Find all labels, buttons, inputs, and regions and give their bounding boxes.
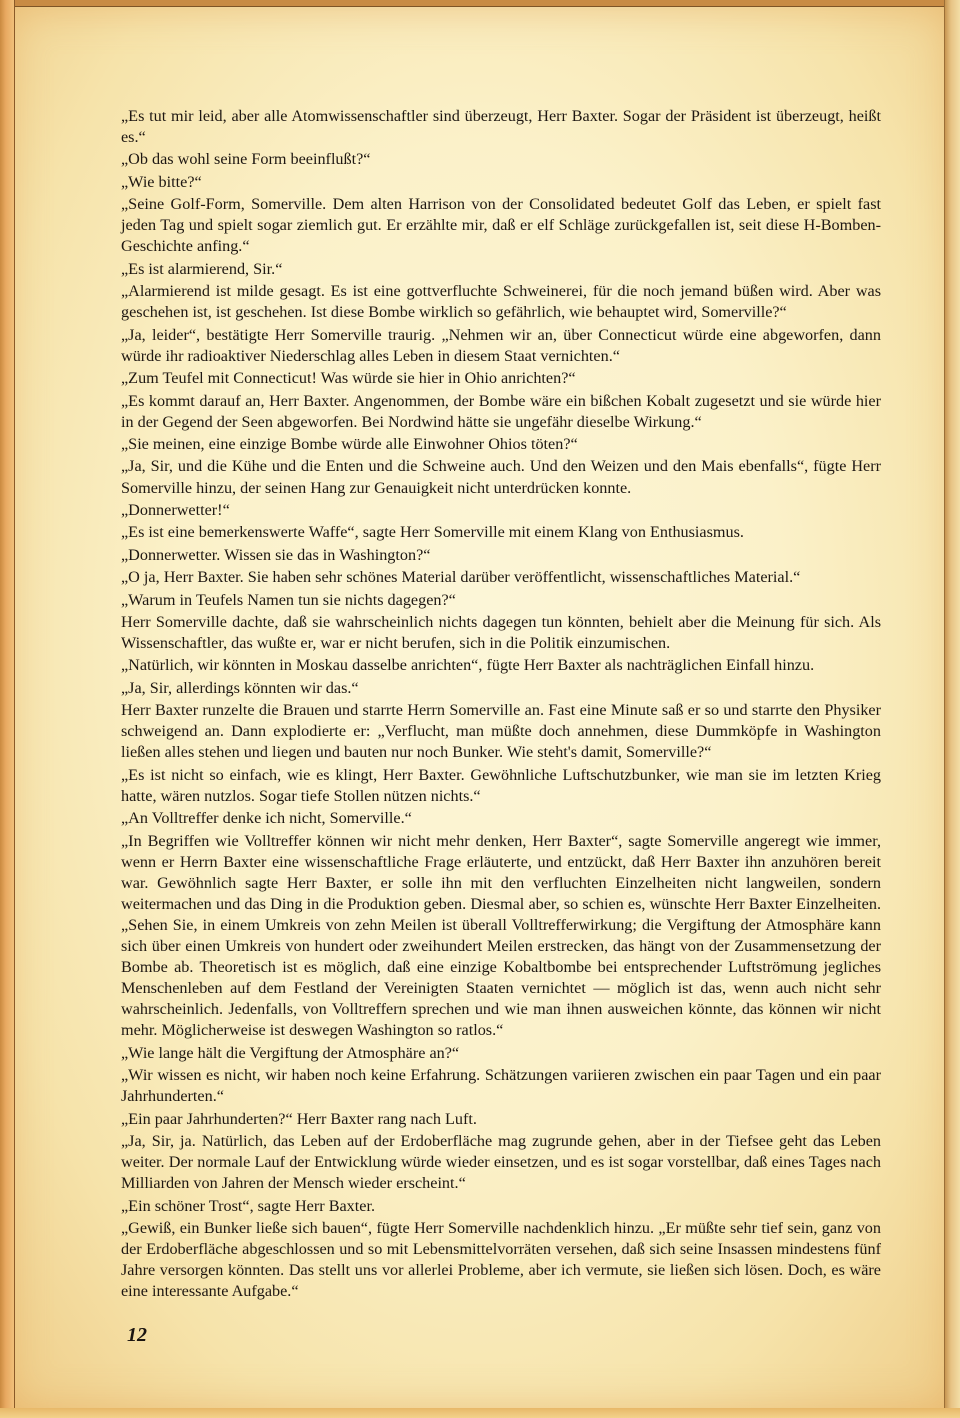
paragraph: „Zum Teufel mit Connecticut! Was würde s… — [121, 368, 881, 389]
paragraph: Herr Baxter runzelte die Brauen und star… — [121, 700, 881, 763]
paragraph: „Ein paar Jahrhunderten?“ Herr Baxter ra… — [121, 1109, 881, 1130]
page-number: 12 — [127, 1324, 147, 1347]
paragraph: „Es kommt darauf an, Herr Baxter. Angeno… — [121, 391, 881, 433]
paragraph: „Wie lange hält die Vergiftung der Atmos… — [121, 1043, 881, 1064]
paragraph: „Ein schöner Trost“, sagte Herr Baxter. — [121, 1196, 881, 1217]
paragraph: „Es ist eine bemerkenswerte Waffe“, sagt… — [121, 522, 881, 543]
paragraph: „Natürlich, wir könnten in Moskau dassel… — [121, 655, 881, 676]
paragraph: „Gewiß, ein Bunker ließe sich bauen“, fü… — [121, 1218, 881, 1302]
paragraph: „Ja, Sir, und die Kühe und die Enten und… — [121, 456, 881, 498]
paragraph: „Es ist alarmierend, Sir.“ — [121, 259, 881, 280]
paragraph: „O ja, Herr Baxter. Sie haben sehr schön… — [121, 567, 881, 588]
paragraph: „Ja, leider“, bestätigte Herr Somerville… — [121, 325, 881, 367]
paragraph: „Warum in Teufels Namen tun sie nichts d… — [121, 590, 881, 611]
paragraph: Herr Somerville dachte, daß sie wahrsche… — [121, 612, 881, 654]
paragraph: „Donnerwetter!“ — [121, 500, 881, 521]
paragraph: „An Volltreffer denke ich nicht, Somervi… — [121, 808, 881, 829]
page-bottom-edge — [0, 1408, 960, 1418]
paragraph: „Es tut mir leid, aber alle Atomwissensc… — [121, 106, 881, 148]
paragraph: „Wir wissen es nicht, wir haben noch kei… — [121, 1065, 881, 1107]
paragraph: „Ob das wohl seine Form beeinflußt?“ — [121, 149, 881, 170]
page-spine-edge — [944, 0, 960, 1418]
page-top-edge — [0, 0, 960, 7]
paragraph: „Sie meinen, eine einzige Bombe würde al… — [121, 434, 881, 455]
page-left-edge — [0, 0, 15, 1418]
paragraph: „Ja, Sir, ja. Natürlich, das Leben auf d… — [121, 1131, 881, 1194]
paragraph: „Es ist nicht so einfach, wie es klingt,… — [121, 765, 881, 807]
paragraph: „Seine Golf-Form, Somerville. Dem alten … — [121, 194, 881, 257]
paragraph: „Alarmierend ist milde gesagt. Es ist ei… — [121, 281, 881, 323]
paragraph: „Ja, Sir, allerdings könnten wir das.“ — [121, 678, 881, 699]
paragraph: „Donnerwetter. Wissen sie das in Washing… — [121, 545, 881, 566]
paragraph: „Wie bitte?“ — [121, 172, 881, 193]
paragraph: „In Begriffen wie Volltreffer können wir… — [121, 831, 881, 1042]
book-page: „Es tut mir leid, aber alle Atomwissensc… — [0, 0, 960, 1418]
body-text: „Es tut mir leid, aber alle Atomwissensc… — [121, 106, 881, 1304]
